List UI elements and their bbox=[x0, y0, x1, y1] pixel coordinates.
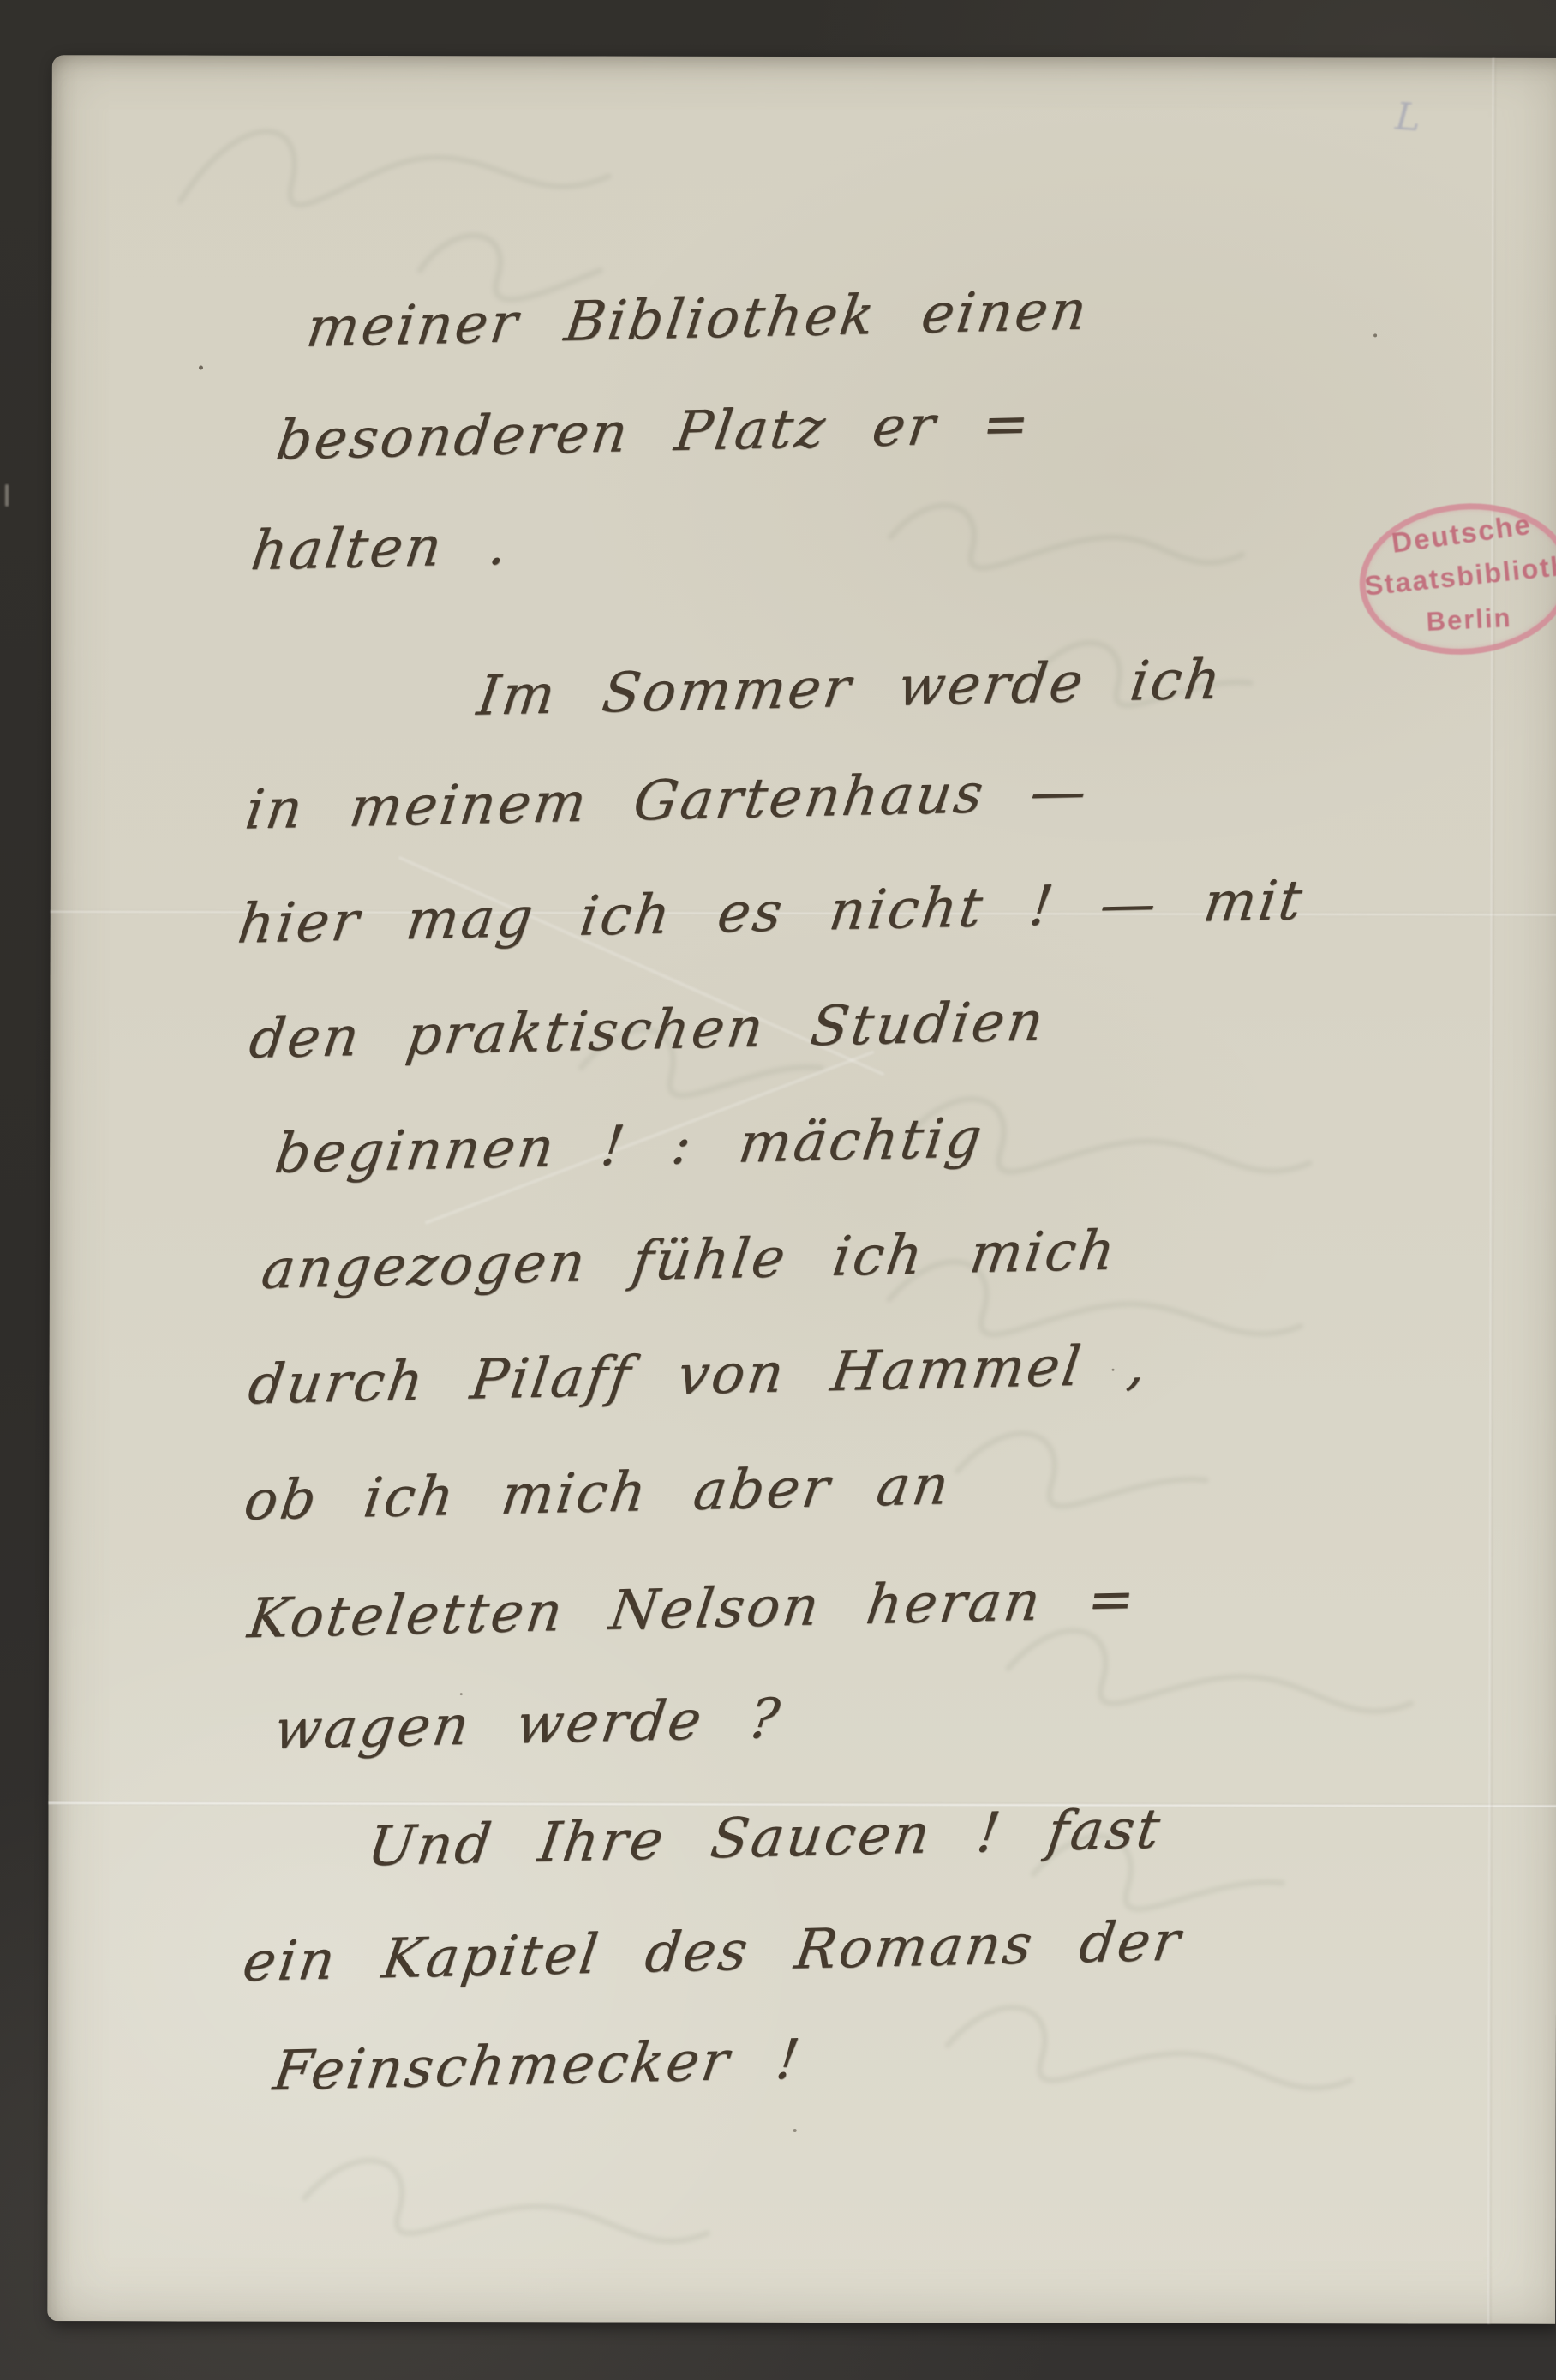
dust-speck bbox=[199, 366, 203, 370]
pencil-annotation: L bbox=[1394, 94, 1422, 140]
library-stamp: Deutsche Staatsbibliothek Berlin bbox=[1353, 495, 1556, 662]
handwritten-line-15: ein Kapitel des Romans der bbox=[239, 1910, 1186, 1994]
handwritten-line-3: halten . bbox=[248, 514, 513, 584]
handwritten-line-2: besonderen Platz er = bbox=[272, 393, 1035, 473]
handwritten-line-5: in meinem Gartenhaus — bbox=[242, 760, 1092, 842]
letter-page: L Deutsche Staatsbibliothek Berlin meine… bbox=[47, 55, 1556, 2324]
handwritten-line-8: beginnen ! : mächtig bbox=[272, 1106, 988, 1185]
handwritten-line-6: hier mag ich es nicht ! — mit bbox=[234, 869, 1308, 956]
dust-speck bbox=[1373, 333, 1377, 337]
handwritten-line-14: Und Ihre Saucen ! fast bbox=[364, 1798, 1166, 1879]
dust-speck bbox=[793, 2129, 797, 2132]
handwritten-line-7: den praktischen Studien bbox=[246, 990, 1050, 1071]
vertical-crease bbox=[1487, 58, 1497, 2324]
handwritten-line-16: Feinschmecker ! bbox=[270, 2029, 805, 2104]
handwritten-line-9: angezogen fühle ich mich bbox=[258, 1220, 1121, 1302]
handwritten-line-11: ob ich mich aber an bbox=[241, 1454, 955, 1532]
mat-scratch bbox=[5, 484, 9, 507]
letter-scan: L Deutsche Staatsbibliothek Berlin meine… bbox=[0, 0, 1556, 2380]
handwritten-line-10: durch Pilaff von Hammel , bbox=[245, 1334, 1153, 1417]
handwritten-line-4: Im Sommer werde ich bbox=[474, 648, 1227, 728]
handwritten-line-13: wagen werde ? bbox=[271, 1688, 786, 1762]
handwritten-line-12: Koteletten Nelson heran = bbox=[244, 1568, 1141, 1651]
handwritten-line-1: meiner Bibliothek einen bbox=[302, 279, 1092, 360]
